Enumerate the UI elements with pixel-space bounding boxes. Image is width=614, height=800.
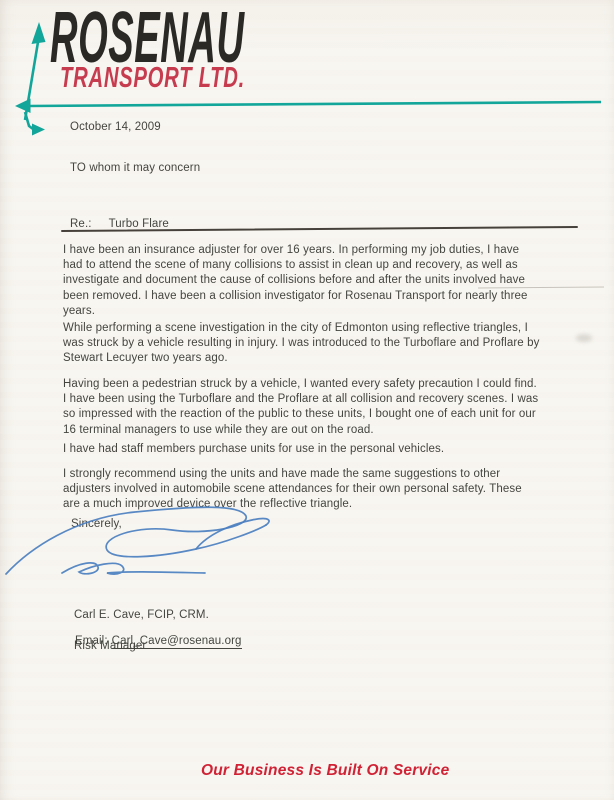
re-label: Re.: [70,218,92,230]
body-paragraph: I have had staff members purchase units … [63,442,614,457]
company-subtitle: TRANSPORT LTD. [60,64,245,93]
letter-date: October 14, 2009 [70,120,161,135]
body-paragraph: I have been an insurance adjuster for ov… [63,243,614,319]
signature-scribble [0,498,300,593]
email-label: Email: [75,635,108,647]
body-paragraph: Having been a pedestrian struck by a veh… [63,377,614,438]
scanned-letter-page: ROSENAU TRANSPORT LTD. October 14, 2009 … [0,0,614,800]
tagline: Our Business Is Built On Service [201,762,449,780]
signatory-name: Carl E. Cave, FCIP, CRM. [74,608,209,623]
salutation: TO whom it may concern [70,161,200,176]
body-paragraph: While performing a scene investigation i… [63,321,614,367]
email-address: Carl_Cave@rosenau.org [112,635,242,649]
re-line: Re.:Turbo Flare [70,202,169,232]
email-line: Email:Carl_Cave@rosenau.org [75,634,242,649]
signature-block: Carl E. Cave, FCIP, CRM. Risk Manager [74,593,209,669]
